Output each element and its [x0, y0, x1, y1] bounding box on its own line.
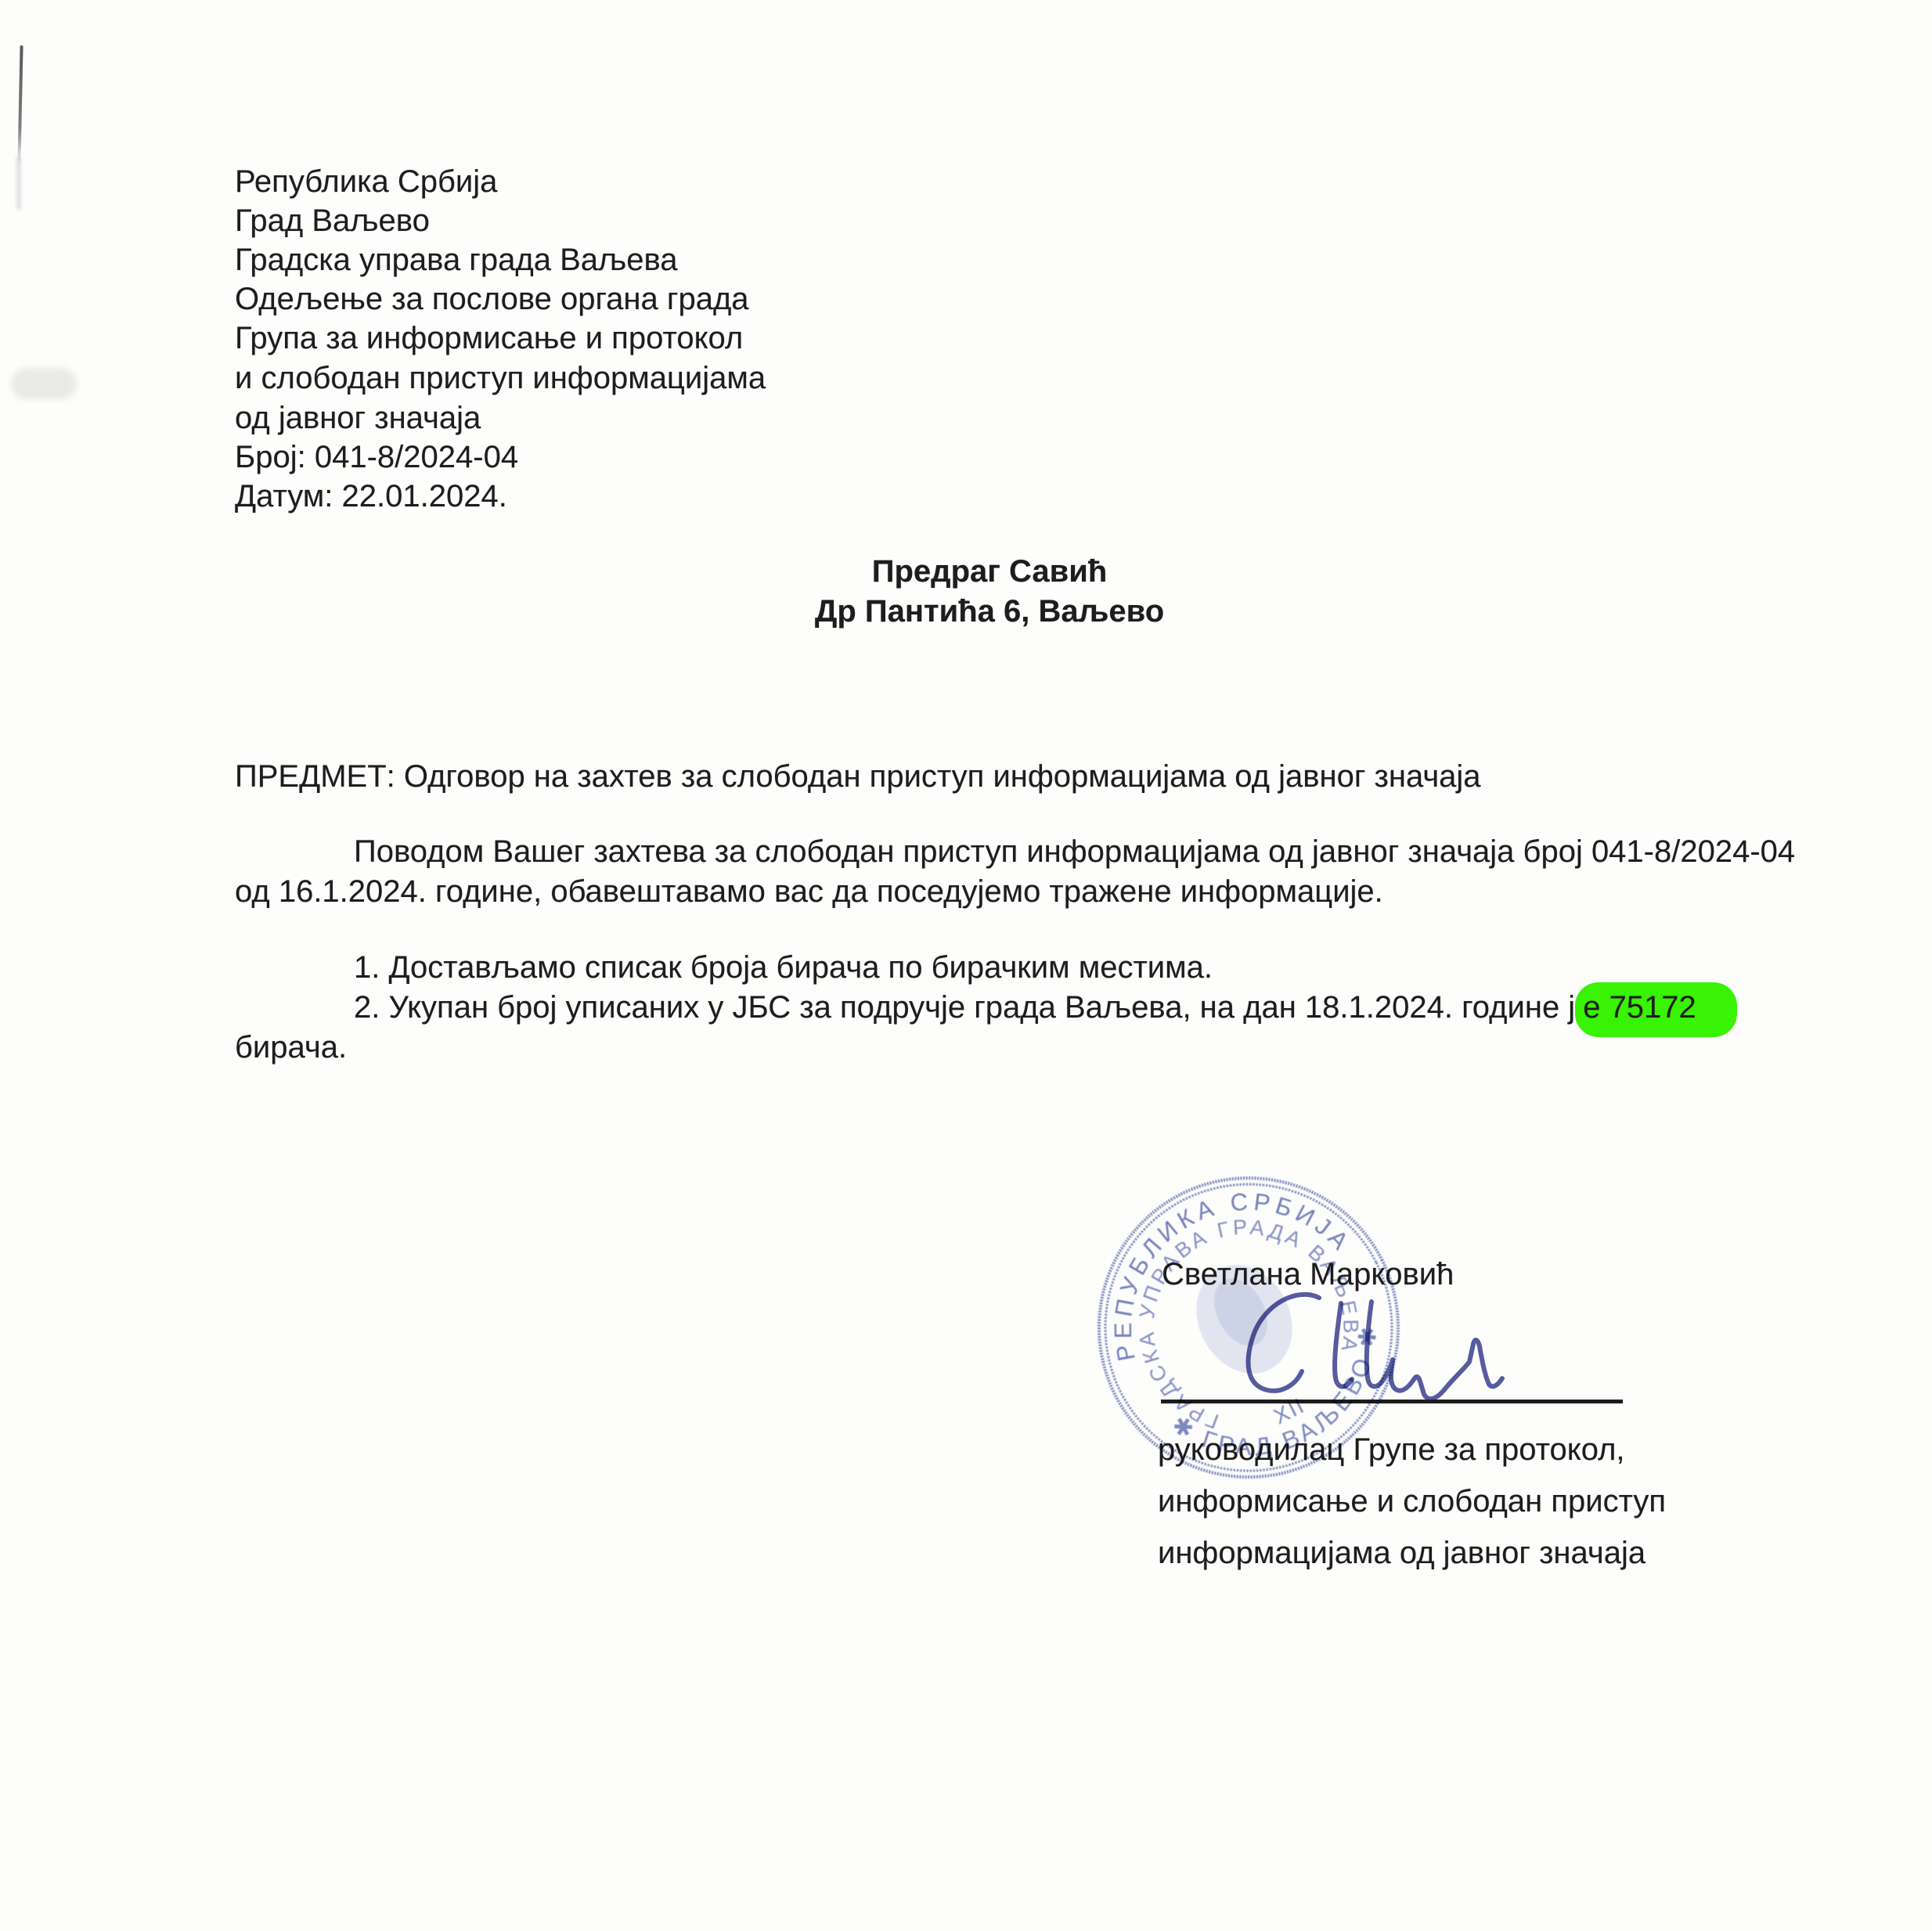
sender-line-4: Одељење за послове органа града: [235, 280, 749, 318]
official-stamp: РЕПУБЛИКА СРБИЈА ✱ ГРАД ВАЉЕВО ✱ ГРАДСКА…: [1094, 1173, 1404, 1482]
list-item-2: 2. Укупан број уписаних у ЈБС за подручј…: [354, 989, 1737, 1026]
scan-artifact-edge-smear: [16, 157, 21, 210]
scan-artifact-edge-line: [17, 45, 23, 164]
list-item-2-continuation: бирача.: [235, 1029, 347, 1066]
scanned-letter-page: Република Србија Град Ваљево Градска упр…: [0, 0, 1932, 1931]
sender-line-5: Група за информисање и протокол: [235, 319, 743, 357]
sender-line-1: Република Србија: [235, 163, 497, 200]
highlight-marker: е 75172: [1575, 982, 1737, 1037]
sender-line-6: и слободан приступ информацијама: [235, 359, 766, 397]
sender-line-7: од јавног значаја: [235, 399, 481, 437]
sender-line-2: Град Ваљево: [235, 202, 430, 240]
recipient-address: Др Пантића 6, Ваљево: [815, 593, 1164, 630]
body-paragraph-line-2: од 16.1.2024. године, обавештавамо вас д…: [235, 873, 1383, 910]
list-item-1: 1. Достављамо списак броја бирача по бир…: [354, 949, 1213, 986]
recipient-name: Предраг Савић: [872, 553, 1108, 590]
sender-document-number: Број: 041-8/2024-04: [235, 438, 518, 476]
subject-line: ПРЕДМЕТ: Одговор на захтев за слободан п…: [235, 758, 1481, 795]
body-paragraph-line-1: Поводом Вашег захтева за слободан присту…: [354, 833, 1795, 870]
scan-artifact-smudge: [11, 368, 77, 399]
signatory-title-line-2: информисање и слободан приступ: [1158, 1482, 1666, 1520]
sender-line-3: Градска управа града Ваљева: [235, 241, 678, 279]
signatory-title-line-3: информацијама од јавног значаја: [1158, 1534, 1645, 1572]
list-item-2-text: 2. Укупан број уписаних у ЈБС за подручј…: [354, 990, 1575, 1025]
sender-date: Датум: 22.01.2024.: [235, 477, 507, 515]
